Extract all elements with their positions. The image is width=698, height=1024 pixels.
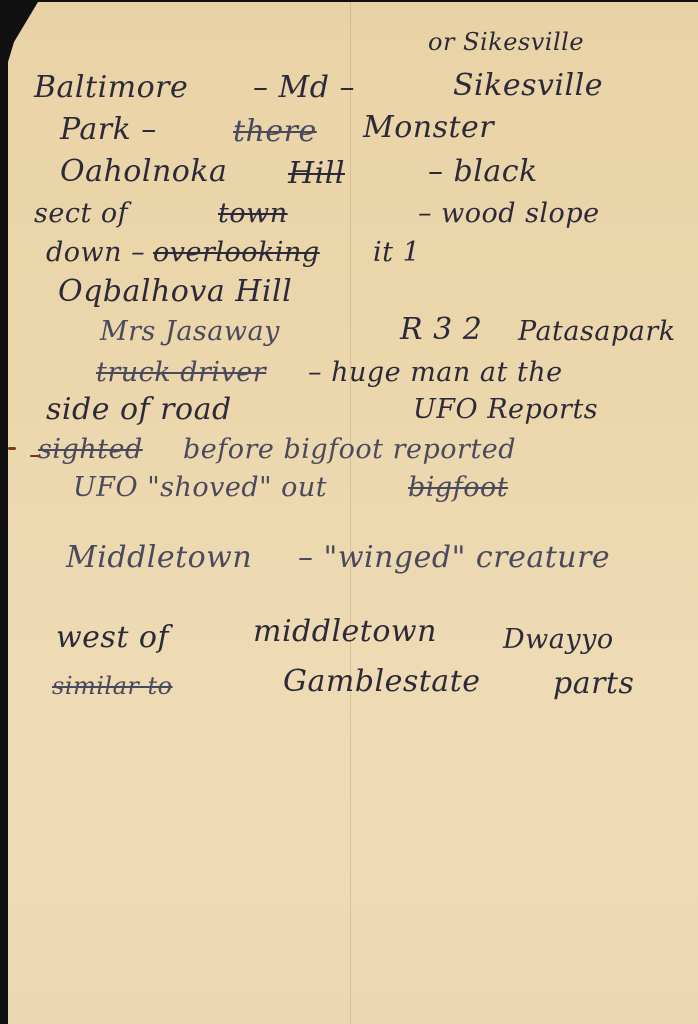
handwritten-note: – huge man at the (308, 357, 563, 388)
handwritten-note: Baltimore (34, 70, 188, 105)
struck-note: town (218, 198, 288, 229)
handwritten-note: Dwayyo (503, 624, 614, 655)
handwritten-note: – Md – (253, 70, 355, 105)
struck-note: truck driver (96, 357, 266, 388)
rust-stain (8, 447, 16, 450)
struck-note: bigfoot (408, 472, 508, 503)
handwritten-note: UFO "shoved" out (73, 472, 327, 503)
handwritten-note: Monster (363, 110, 494, 145)
struck-note: Hill (288, 156, 345, 191)
handwritten-note: Oaholnoka (60, 154, 227, 189)
handwritten-note: – wood slope (418, 198, 600, 229)
struck-note: overlooking (153, 237, 320, 268)
handwritten-note: parts (553, 666, 634, 701)
handwritten-note: UFO Reports (413, 394, 598, 425)
handwritten-note: west of (56, 620, 169, 655)
handwritten-note: Middletown (66, 540, 252, 575)
handwritten-note: Patasapark (518, 316, 676, 347)
handwritten-note: Oqbalhova Hill (58, 274, 292, 309)
handwritten-note: Mrs Jasaway (100, 316, 280, 347)
handwritten-note: middletown (253, 614, 437, 649)
notepaper-sheet: or Sikesville Baltimore – Md – Sikesvill… (8, 2, 698, 1024)
handwritten-note: it 1 (373, 237, 420, 268)
handwritten-note: R 3 2 (400, 312, 482, 347)
handwritten-note: or Sikesville (428, 28, 584, 56)
handwritten-note: – "winged" creature (298, 540, 610, 575)
handwritten-note: Gamblestate (283, 664, 481, 699)
fold-crease (350, 2, 351, 1024)
struck-note: similar to (52, 672, 173, 700)
struck-note: sighted (38, 434, 143, 465)
handwritten-note: side of road (46, 392, 232, 427)
handwritten-note: – black (428, 154, 538, 189)
handwritten-note: down – (46, 237, 145, 268)
handwritten-note: before bigfoot reported (183, 434, 516, 465)
handwritten-note: Park – (60, 112, 157, 147)
handwritten-note: Sikesville (453, 68, 603, 103)
struck-note: there (233, 114, 317, 149)
handwritten-note: sect of (34, 198, 128, 229)
